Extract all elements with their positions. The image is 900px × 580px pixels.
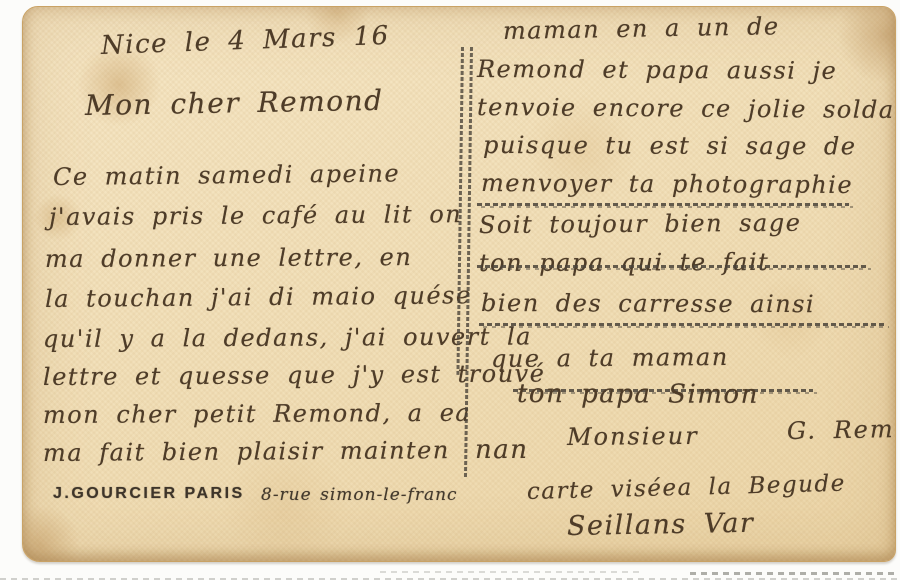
closing-line: que a ta maman bbox=[491, 343, 729, 373]
word-continuation: nan bbox=[475, 435, 529, 465]
addressee-name: G. Remond bbox=[787, 414, 896, 445]
stitch-line bbox=[479, 323, 885, 326]
scan-edge-artifact bbox=[380, 571, 640, 573]
right-line: tenvoie encore ce jolie soldat bbox=[477, 93, 896, 124]
stitch-line bbox=[477, 265, 867, 268]
addressee-title: Monsieur bbox=[567, 422, 699, 451]
right-line: Remond et papa aussi je bbox=[477, 55, 837, 85]
right-line: menvoyer ta photographie bbox=[481, 169, 853, 199]
stitch-line bbox=[464, 47, 473, 479]
body-line: j'avais pris le café au lit on bbox=[49, 200, 462, 231]
right-line: bien des carresse ainsi bbox=[481, 289, 815, 318]
message-column: Nice le 4 Mars 16 Mon cher Remond Ce mat… bbox=[39, 7, 475, 561]
address-imprint: 8-rue simon-le-franc bbox=[261, 485, 458, 505]
body-line: Ce matin samedi apeine bbox=[53, 159, 400, 191]
right-line: Soit toujour bien sage bbox=[479, 209, 802, 239]
body-line: la touchan j'ai di maio quése bbox=[45, 281, 472, 313]
body-line: mon cher petit Remond, a ea bbox=[43, 399, 471, 429]
body-line: ma donner une lettre, en bbox=[45, 243, 412, 273]
postcard: Nice le 4 Mars 16 Mon cher Remond Ce mat… bbox=[22, 6, 896, 562]
address-column: maman en a un de Remond et papa aussi je… bbox=[475, 7, 896, 561]
right-line: ton papa qui te fait bbox=[479, 248, 769, 277]
right-line: maman en a un de bbox=[503, 12, 780, 45]
place-line: Seillans Var bbox=[567, 508, 755, 542]
salutation: Mon cher Remond bbox=[85, 84, 384, 122]
visa-line: carte viséea la Begude bbox=[527, 471, 846, 505]
dateline: Nice le 4 Mars 16 bbox=[100, 21, 390, 61]
body-line: ma fait bien plaisir mainten bbox=[43, 436, 450, 467]
signature-line: ton papa Simon bbox=[517, 379, 759, 410]
scan-edge-artifact bbox=[690, 572, 895, 575]
publisher-imprint: J.GOURCIER PARIS bbox=[53, 485, 245, 503]
right-line: puisque tu est si sage de bbox=[483, 131, 857, 160]
stitch-line bbox=[477, 203, 849, 206]
